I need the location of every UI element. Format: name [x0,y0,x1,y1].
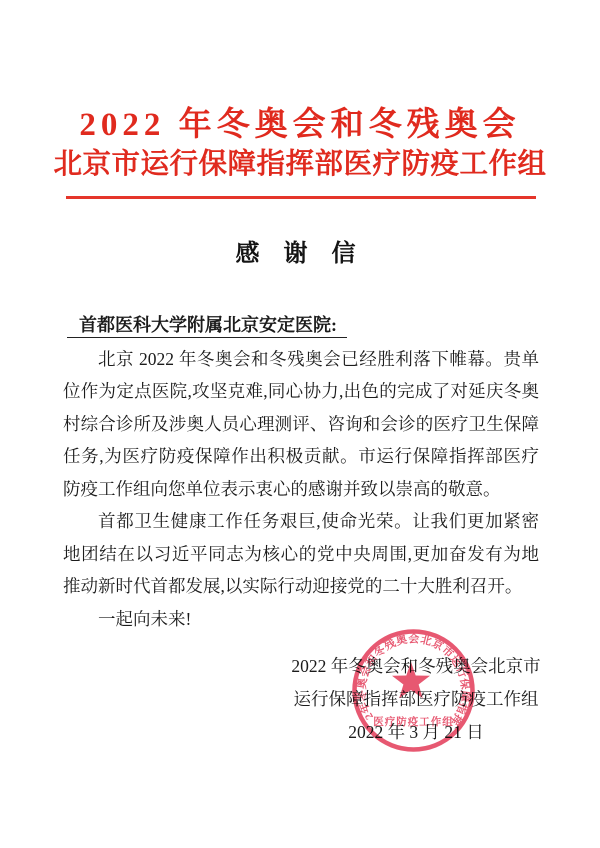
paragraph-3: 一起向未来! [63,603,539,636]
salutation: 首都医科大学附属北京安定医院: [67,315,347,338]
letter-body: 首都医科大学附属北京安定医院: 北京 2022 年冬奥会和冬残奥会已经胜利落下帷… [63,309,539,635]
paragraph-2: 首都卫生健康工作任务艰巨,使命光荣。让我们更加紧密地团结在以习近平同志为核心的党… [63,505,539,603]
salutation-line: 首都医科大学附属北京安定医院: [63,309,539,342]
signature-org-line-2: 运行保障指挥部医疗防疫工作组 [291,683,541,716]
letterhead-divider [66,196,536,199]
letter-title: 感 谢 信 [0,233,600,268]
letter-page: 2022 年冬奥会和冬残奥会 北京市运行保障指挥部医疗防疫工作组 感 谢 信 首… [0,0,600,848]
signature-block: 2022 年冬奥会和冬残奥会北京市 运行保障指挥部医疗防疫工作组 2022 年 … [291,650,541,749]
letterhead-line-2: 北京市运行保障指挥部医疗防疫工作组 [0,141,600,182]
signature-org-line-1: 2022 年冬奥会和冬残奥会北京市 [291,650,541,683]
paragraph-1: 北京 2022 年冬奥会和冬残奥会已经胜利落下帷幕。贵单位作为定点医院,攻坚克难… [63,343,539,506]
signature-date: 2022 年 3 月 21 日 [291,716,541,749]
letterhead-line-1: 2022 年冬奥会和冬残奥会 [0,98,600,145]
